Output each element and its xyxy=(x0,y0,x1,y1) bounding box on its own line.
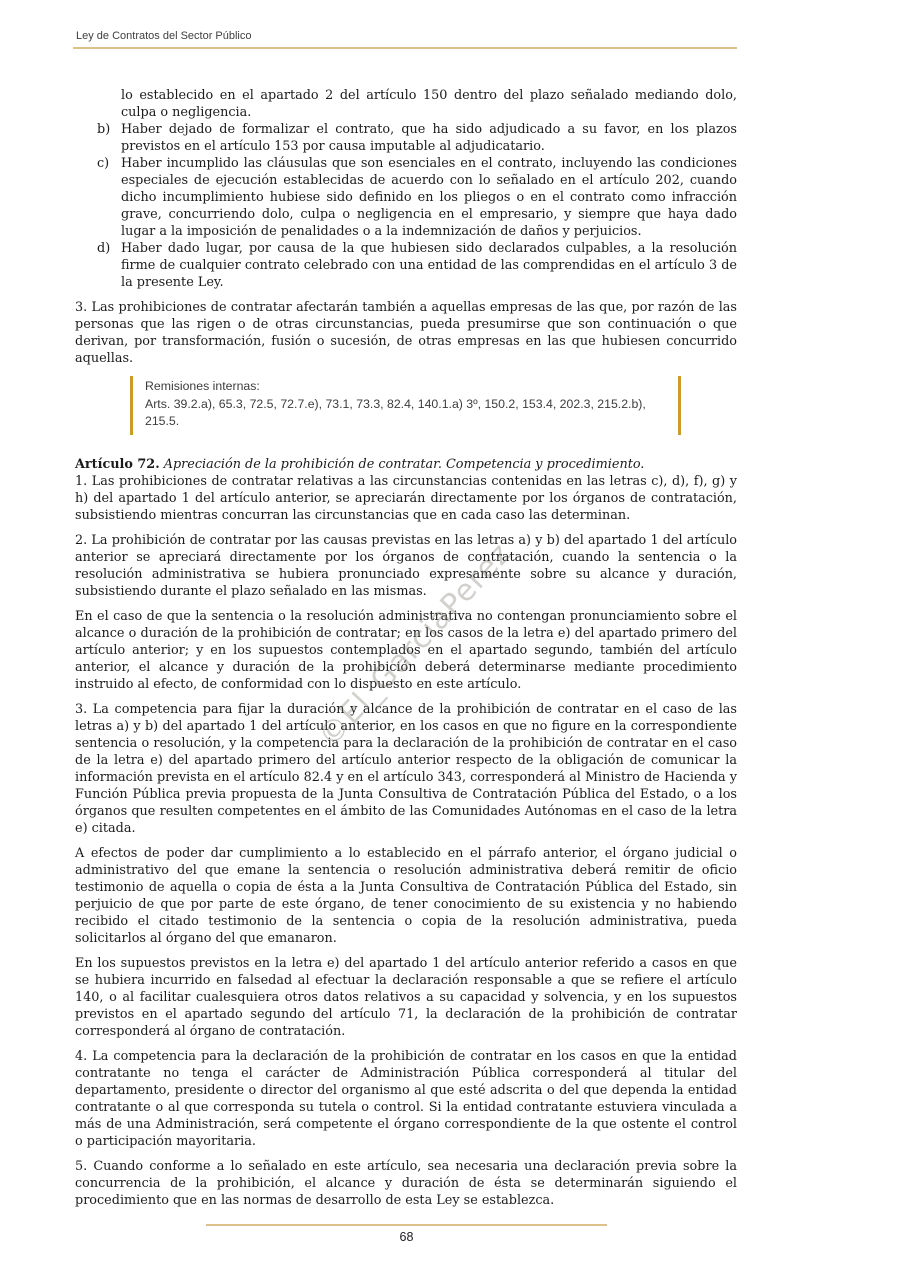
header-rule xyxy=(73,47,737,49)
remisiones-refs: Arts. 39.2.a), 65.3, 72.5, 72.7.e), 73.1… xyxy=(145,396,666,431)
list-item-text: Haber incumplido las cláusulas que son e… xyxy=(121,155,737,240)
document-body: lo establecido en el apartado 2 del artí… xyxy=(75,87,737,1209)
list-item-label: d) xyxy=(97,240,121,291)
articulo-72-heading: Artículo 72. Apreciación de la prohibici… xyxy=(75,456,737,473)
paragraph-prohibiciones-3: 3. Las prohibiciones de contratar afecta… xyxy=(75,299,737,367)
paragraph-en-los-supuestos: En los supuestos previstos en la letra e… xyxy=(75,955,737,1040)
page-number: 68 xyxy=(206,1230,607,1244)
list-item-text: Haber dado lugar, por causa de la que hu… xyxy=(121,240,737,291)
paragraph-continuation: lo establecido en el apartado 2 del artí… xyxy=(121,87,737,121)
list-item-d: d) Haber dado lugar, por causa de la que… xyxy=(75,240,737,291)
paragraph-3: 3. La competencia para fijar la duración… xyxy=(75,701,737,837)
header-title: Ley de Contratos del Sector Público xyxy=(76,30,252,42)
paragraph-a-efectos: A efectos de poder dar cumplimiento a lo… xyxy=(75,845,737,947)
paragraph-4: 4. La competencia para la declaración de… xyxy=(75,1048,737,1150)
paragraph-en-el-caso: En el caso de que la sentencia o la reso… xyxy=(75,608,737,693)
footer-rule xyxy=(206,1224,607,1226)
document-page: Ley de Contratos del Sector Público lo e… xyxy=(0,0,906,1280)
list-item-text: Haber dejado de formalizar el contrato, … xyxy=(121,121,737,155)
lettered-list: b) Haber dejado de formalizar el contrat… xyxy=(75,121,737,291)
articulo-number: Artículo 72. xyxy=(75,457,160,472)
remisiones-box: Remisiones internas: Arts. 39.2.a), 65.3… xyxy=(130,376,681,435)
list-item-label: c) xyxy=(97,155,121,240)
list-item-label: b) xyxy=(97,121,121,155)
paragraph-5: 5. Cuando conforme a lo señalado en este… xyxy=(75,1158,737,1209)
paragraph-1: 1. Las prohibiciones de contratar relati… xyxy=(75,473,737,524)
list-item-c: c) Haber incumplido las cláusulas que so… xyxy=(75,155,737,240)
list-item-b: b) Haber dejado de formalizar el contrat… xyxy=(75,121,737,155)
paragraph-2: 2. La prohibición de contratar por las c… xyxy=(75,532,737,600)
articulo-title: Apreciación de la prohibición de contrat… xyxy=(164,457,645,472)
remisiones-label: Remisiones internas: xyxy=(145,378,666,396)
